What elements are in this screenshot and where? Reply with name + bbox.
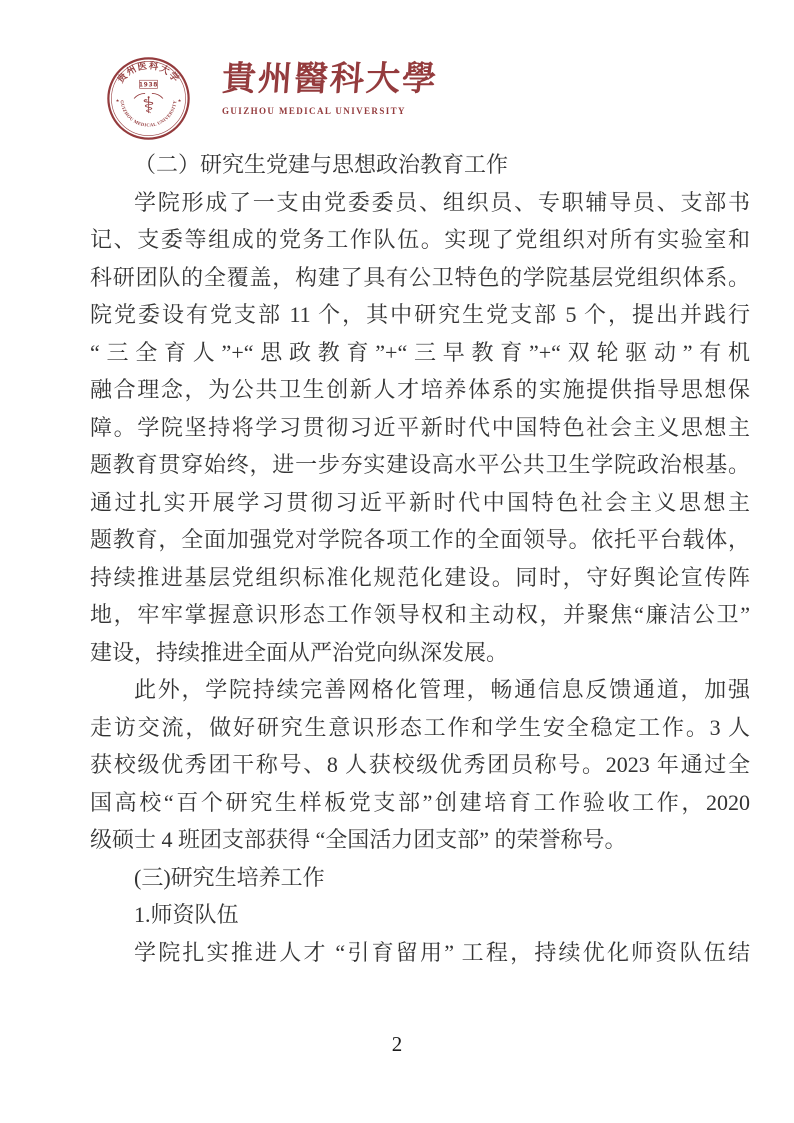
university-name-english: GUIZHOU MEDICAL UNIVERSITY: [222, 106, 438, 116]
university-logo: 贵州医科大学 1938 ⚕ ★ ★ GUIZHOU MEDICAL UNIVER…: [106, 56, 438, 141]
text-line: （二）研究生党建与思想政治教育工作: [90, 146, 750, 184]
document-body: （二）研究生党建与思想政治教育工作学院形成了一支由党委委员、组织员、专职辅导员、…: [90, 146, 750, 971]
text-line: 国高校“百个研究生样板党支部”创建培育工作验收工作，2020: [90, 784, 750, 822]
text-line: 院党委设有党支部 11 个，其中研究生党支部 5 个，提出并践行: [90, 296, 750, 334]
text-line: 题教育贯穿始终，进一步夯实建设高水平公共卫生学院政治根基。: [90, 446, 750, 484]
text-line: 记、支委等组成的党务工作队伍。实现了党组织对所有实验室和: [90, 221, 750, 259]
text-line: 此外，学院持续完善网格化管理，畅通信息反馈通道，加强: [90, 671, 750, 709]
text-line: 获校级优秀团干称号、8 人获校级优秀团员称号。2023 年通过全: [90, 746, 750, 784]
star-icon: ★: [116, 98, 120, 104]
text-line: (三)研究生培养工作: [90, 859, 750, 897]
text-line: “三全育人”+“思政教育”+“三早教育”+“双轮驱动”有机: [90, 334, 750, 372]
text-line: 学院形成了一支由党委委员、组织员、专职辅导员、支部书: [90, 184, 750, 222]
text-line: 学院扎实推进人才 “引育留用” 工程，持续优化师资队伍结: [90, 934, 750, 972]
text-line: 通过扎实开展学习贯彻习近平新时代中国特色社会主义思想主: [90, 484, 750, 522]
star-icon: ★: [178, 98, 182, 104]
caduceus-icon: ⚕: [142, 93, 154, 119]
seal-year: 1938: [139, 82, 158, 89]
text-line: 1.师资队伍: [90, 896, 750, 934]
university-name-calligraphy: 貴州醫科大學: [221, 60, 440, 100]
page-number: 2: [0, 1030, 794, 1058]
text-line: 融合理念，为公共卫生创新人才培养体系的实施提供指导思想保: [90, 371, 750, 409]
text-line: 走访交流，做好研究生意识形态工作和学生安全稳定工作。3 人: [90, 709, 750, 747]
text-line: 科研团队的全覆盖，构建了具有公卫特色的学院基层党组织体系。: [90, 259, 750, 297]
text-line: 障。学院坚持将学习贯彻习近平新时代中国特色社会主义思想主: [90, 409, 750, 447]
text-line: 持续推进基层党组织标准化规范化建设。同时，守好舆论宣传阵: [90, 559, 750, 597]
university-seal-icon: 贵州医科大学 1938 ⚕ ★ ★ GUIZHOU MEDICAL UNIVER…: [106, 56, 191, 141]
text-line: 建设，持续推进全面从严治党向纵深发展。: [90, 634, 750, 672]
text-line: 题教育，全面加强党对学院各项工作的全面领导。依托平台载体，: [90, 521, 750, 559]
university-name-block: 貴州醫科大學 GUIZHOU MEDICAL UNIVERSITY: [222, 60, 438, 116]
document-page: 贵州医科大学 1938 ⚕ ★ ★ GUIZHOU MEDICAL UNIVER…: [0, 0, 794, 1123]
text-line: 级硕士 4 班团支部获得 “全国活力团支部” 的荣誉称号。: [90, 821, 750, 859]
text-line: 地，牢牢掌握意识形态工作领导权和主动权，并聚焦“廉洁公卫”: [90, 596, 750, 634]
